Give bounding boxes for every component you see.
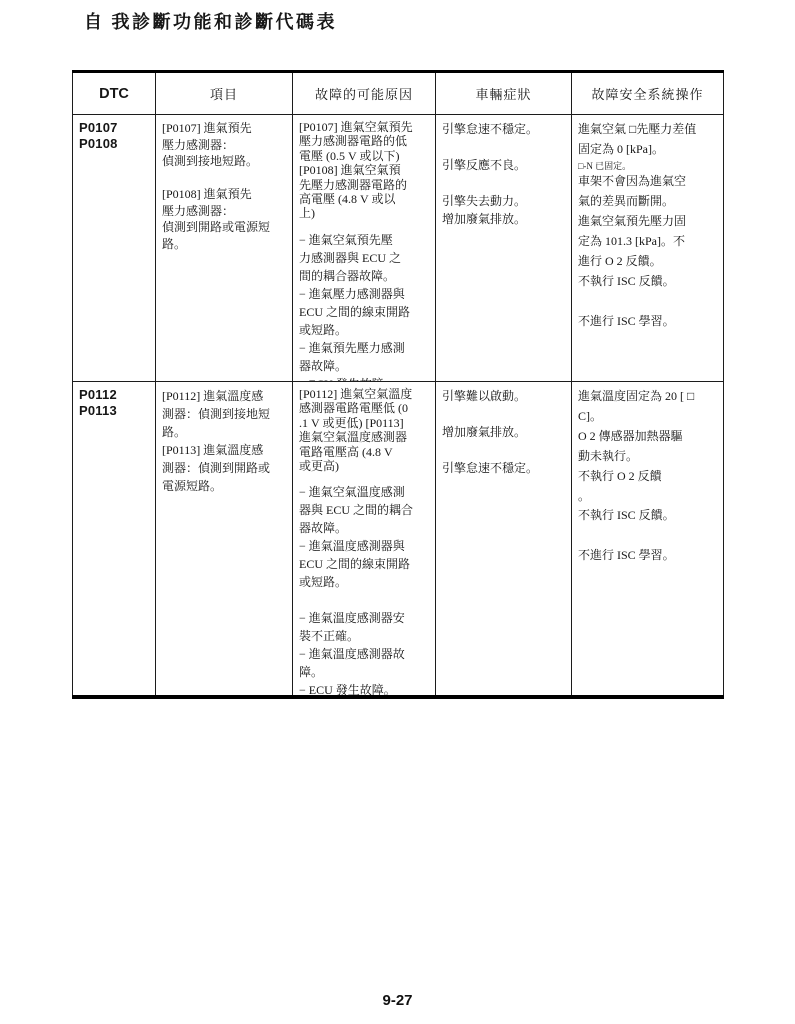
page-number: 9-27 — [0, 992, 795, 1009]
cell-symptom: 引擎難以啟動。 增加廢氣排放。 引擎怠速不穩定。 — [436, 382, 572, 698]
failsafe-text-bottom: 車架不會因為進氣空 氣的差異而斷開。 進氣空氣預先壓力固 定為 101.3 [k… — [578, 172, 719, 331]
symptom-text: 引擎難以啟動。 增加廢氣排放。 引擎怠速不穩定。 — [436, 382, 571, 695]
dtc-table-body: P0107 P0108 [P0107] 進氣預先 壓力感測器： 偵測到接地短路。… — [73, 115, 724, 698]
header-row: DTC 項目 故障的可能原因 車輛症狀 故障安全系統操作 — [73, 72, 724, 115]
cause-description: [P0107] 進氣空氣預先 壓力感測器電路的低 電壓 (0.5 V 或以下) … — [299, 120, 431, 221]
dtc-table: DTC 項目 故障的可能原因 車輛症狀 故障安全系統操作 P0107 P0108… — [72, 70, 724, 699]
cell-dtc: P0112 P0113 — [73, 382, 156, 698]
dtc-table-header: DTC 項目 故障的可能原因 車輛症狀 故障安全系統操作 — [73, 72, 724, 115]
symptom-text: 引擎怠速不穩定。 引擎反應不良。 引擎失去動力。 增加廢氣排放。 — [436, 115, 571, 381]
col-header-failsafe: 故障安全系統操作 — [572, 72, 724, 115]
table-row-p0107-p0108: P0107 P0108 [P0107] 進氣預先 壓力感測器： 偵測到接地短路。… — [73, 115, 724, 382]
col-header-symptom: 車輛症狀 — [436, 72, 572, 115]
col-header-cause: 故障的可能原因 — [293, 72, 436, 115]
cell-item: [P0112] 進氣溫度感 測器：偵測到接地短 路。 [P0113] 進氣溫度感… — [156, 382, 293, 698]
cell-cause: [P0107] 進氣空氣預先 壓力感測器電路的低 電壓 (0.5 V 或以下) … — [293, 115, 436, 382]
failsafe-text-top: 進氣溫度固定為 20 [ □ C]。 O 2 傳感器加熱器驅 動未執行。 不執行… — [572, 382, 723, 695]
item-text: [P0112] 進氣溫度感 測器：偵測到接地短 路。 [P0113] 進氣溫度感… — [156, 382, 292, 695]
failsafe-small-note: □-N 已固定。 — [578, 160, 719, 173]
col-header-dtc: DTC — [73, 72, 156, 115]
dtc-codes: P0107 P0108 — [79, 120, 151, 151]
dtc-codes: P0112 P0113 — [79, 387, 151, 418]
cell-failsafe: 進氣空氣 □先壓力差值 固定為 0 [kPa]。 □-N 已固定。 車架不會因為… — [572, 115, 724, 382]
col-header-item: 項目 — [156, 72, 293, 115]
manual-page: 自 我診斷功能和診斷代碼表 DTC 項目 故障的可能原因 車輛症狀 故障安全系統… — [0, 0, 795, 1024]
cell-symptom: 引擎怠速不穩定。 引擎反應不良。 引擎失去動力。 增加廢氣排放。 — [436, 115, 572, 382]
table-row-p0112-p0113: P0112 P0113 [P0112] 進氣溫度感 測器：偵測到接地短 路。 [… — [73, 382, 724, 698]
failsafe-text-top: 進氣空氣 □先壓力差值 固定為 0 [kPa]。 — [578, 120, 719, 160]
cause-bullet-list: − 進氣空氣溫度感測 器與 ECU 之間的耦合 器故障。 − 進氣溫度感測器與 … — [299, 483, 431, 695]
cell-dtc: P0107 P0108 — [73, 115, 156, 382]
cell-cause: [P0112] 進氣空氣溫度 感測器電路電壓低 (0 .1 V 或更低) [P0… — [293, 382, 436, 698]
page-title: 自 我診斷功能和診斷代碼表 — [84, 8, 337, 34]
cause-bullet-list: − 進氣空氣預先壓 力感測器與 ECU 之 間的耦合器故障。 − 進氣壓力感測器… — [299, 231, 431, 381]
cause-description: [P0112] 進氣空氣溫度 感測器電路電壓低 (0 .1 V 或更低) [P0… — [299, 387, 431, 473]
item-text: [P0107] 進氣預先 壓力感測器： 偵測到接地短路。 [P0108] 進氣預… — [156, 115, 292, 381]
cell-failsafe: 進氣溫度固定為 20 [ □ C]。 O 2 傳感器加熱器驅 動未執行。 不執行… — [572, 382, 724, 698]
cell-item: [P0107] 進氣預先 壓力感測器： 偵測到接地短路。 [P0108] 進氣預… — [156, 115, 293, 382]
